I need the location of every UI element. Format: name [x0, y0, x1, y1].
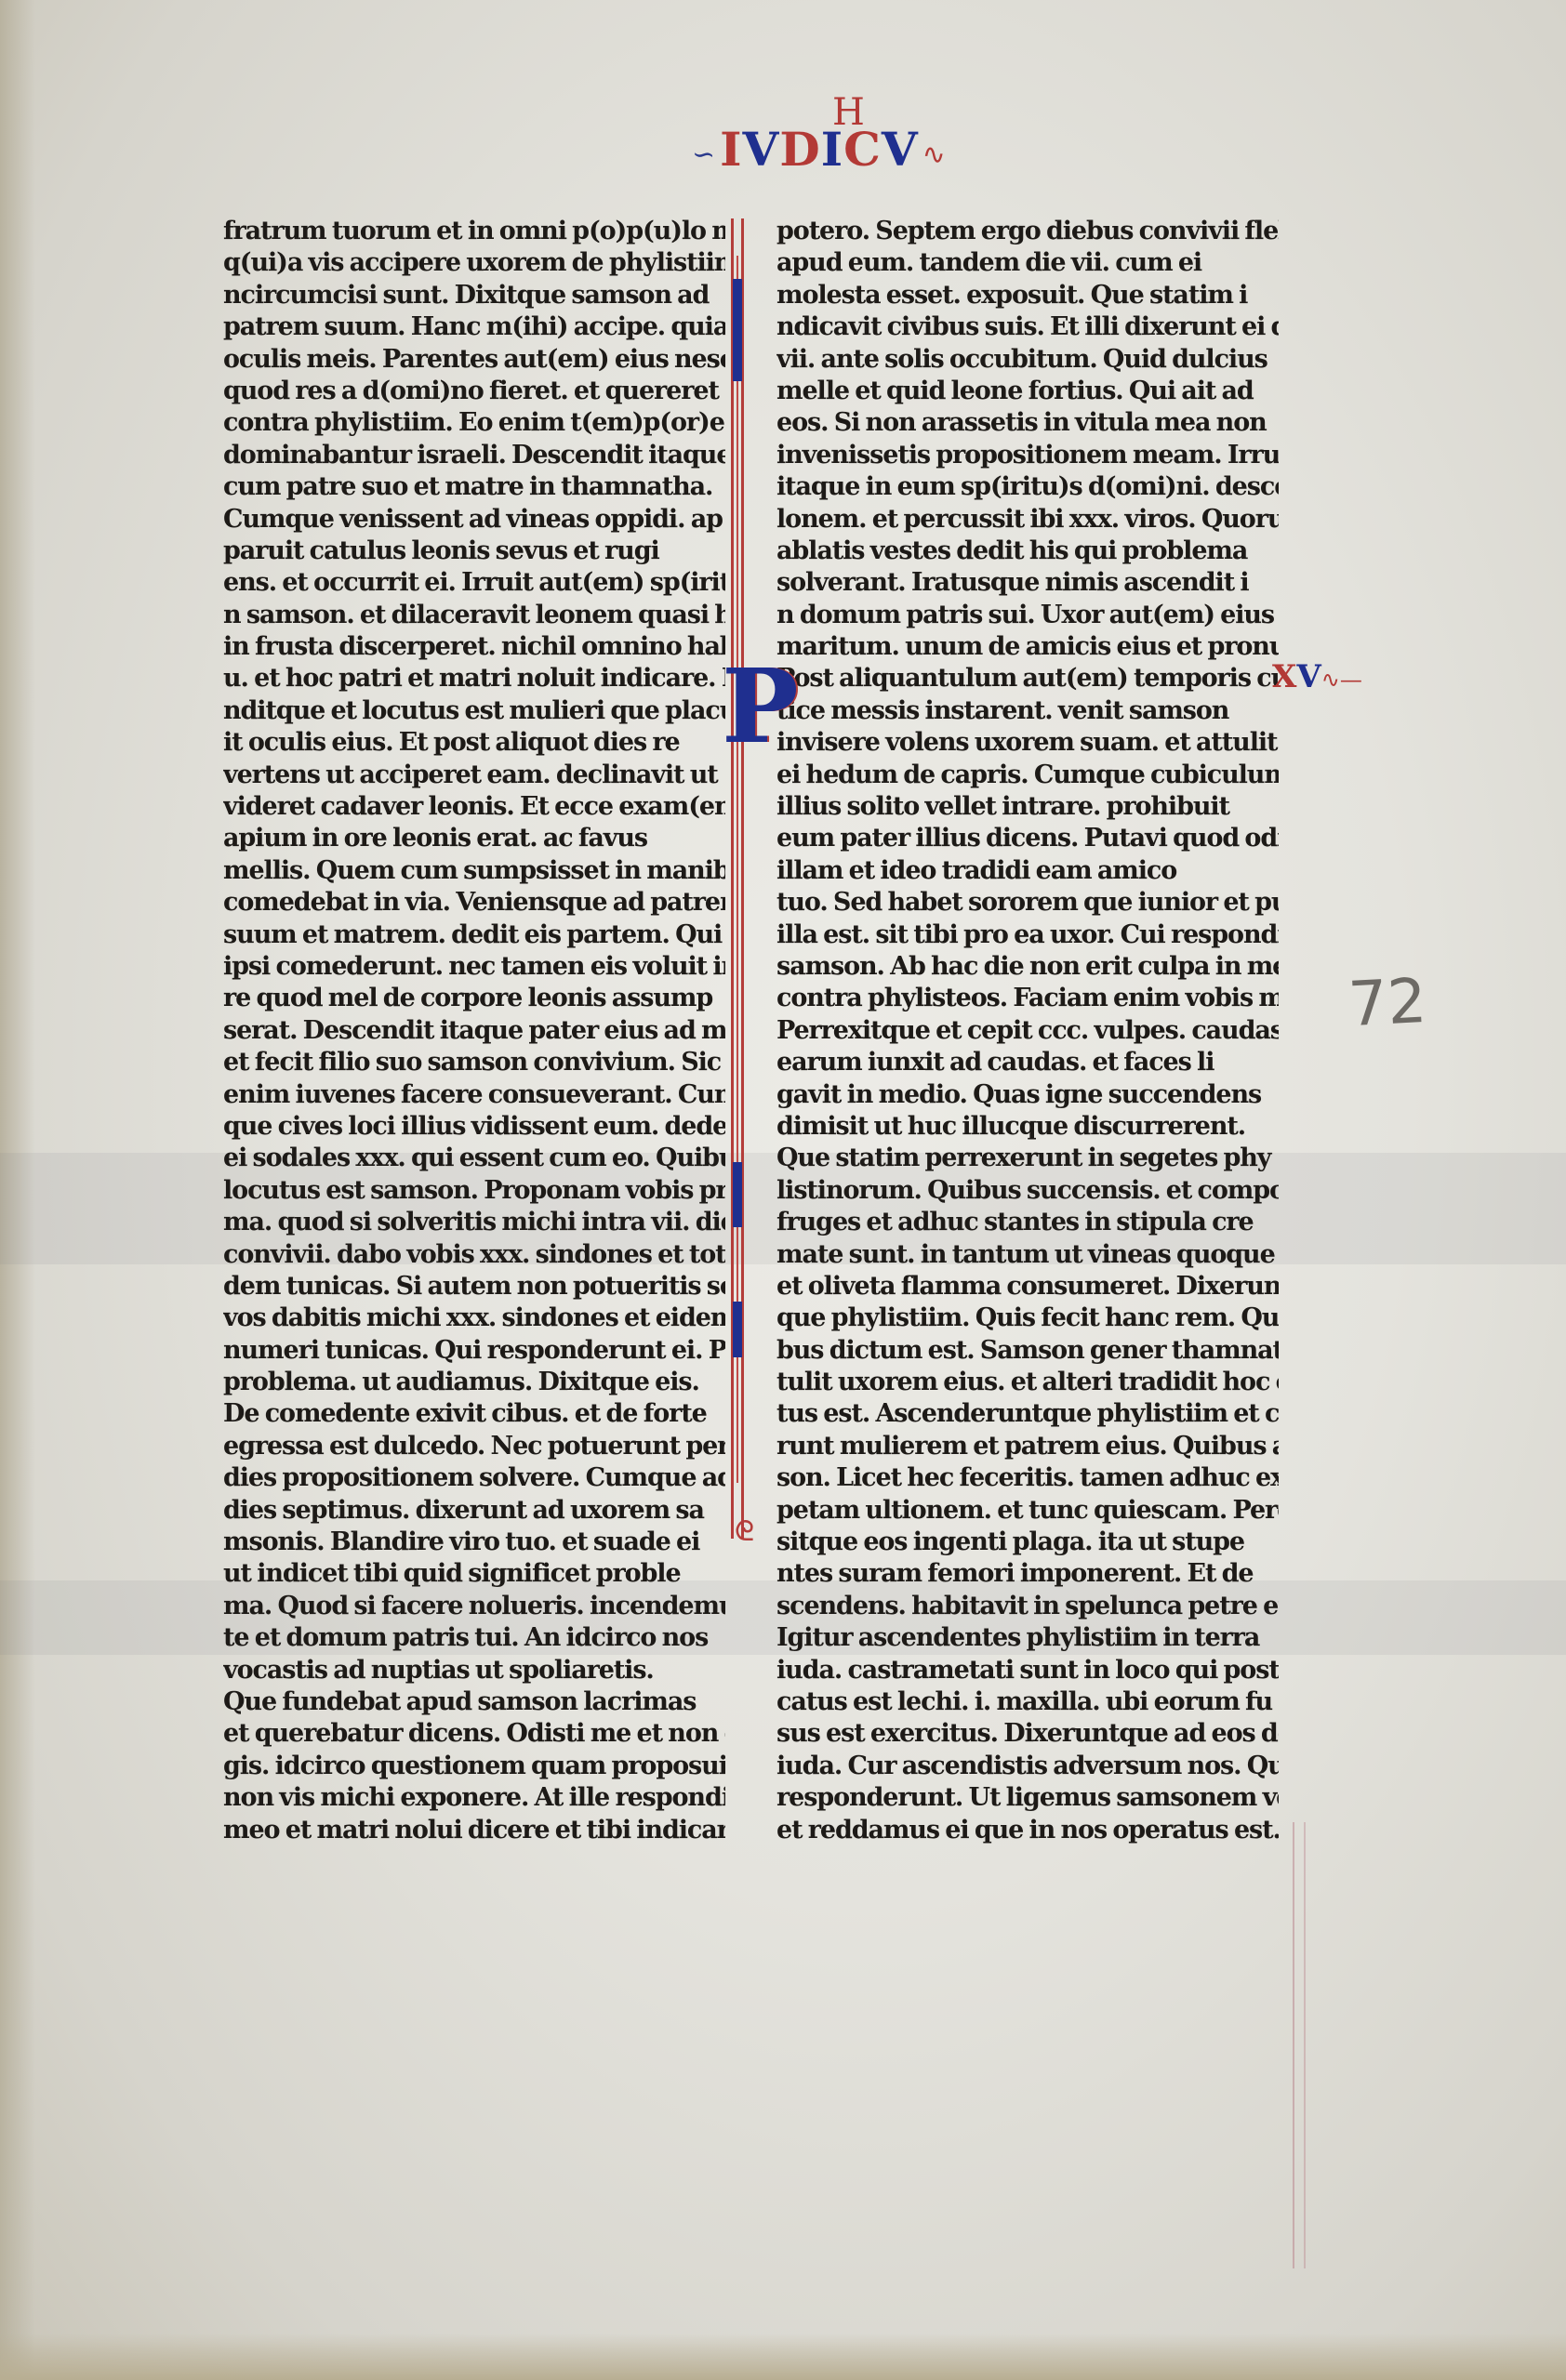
text-line: molesta esset. exposuit. Que statim i: [776, 280, 1279, 311]
text-line: it oculis eius. Et post aliquot dies re: [223, 727, 725, 759]
text-line: ma. quod si solveritis michi intra vii. …: [223, 1207, 725, 1238]
text-line: locutus est samson. Proponam vobis probl…: [223, 1175, 725, 1207]
text-line: re quod mel de corpore leonis assump: [223, 983, 725, 1014]
text-line: quod res a d(omi)no fieret. et quereret …: [223, 376, 725, 407]
text-line: tuo. Sed habet sororem que iunior et pul…: [776, 887, 1279, 919]
text-line: tulit uxorem eius. et alteri tradidit ho…: [776, 1367, 1279, 1398]
running-title-letter: V: [743, 122, 780, 177]
text-line: fruges et adhuc stantes in stipula cre: [776, 1207, 1279, 1238]
folio-number: 72: [1347, 965, 1428, 1040]
running-title-letter: D: [779, 122, 820, 177]
text-line: scendens. habitavit in spelunca petre et…: [776, 1591, 1279, 1622]
text-line: et reddamus ei que in nos operatus est. …: [776, 1815, 1279, 1846]
text-line: contra phylisteos. Faciam enim vobis mal…: [776, 983, 1279, 1014]
text-line: iuda. Cur ascendistis adversum nos. Qui: [776, 1751, 1279, 1782]
text-line: melle et quid leone fortius. Qui ait ad: [776, 376, 1279, 407]
text-line: son. Licet hec feceritis. tamen adhuc ex…: [776, 1462, 1279, 1494]
text-line: ut indicet tibi quid significet proble: [223, 1558, 725, 1590]
text-line: ei sodales xxx. qui essent cum eo. Quibu…: [223, 1143, 725, 1174]
text-line: patrem suum. Hanc m(ihi) accipe. quia pl…: [223, 311, 725, 343]
text-line: in frusta discerperet. nichil omnino hab…: [223, 631, 725, 663]
text-line: maritum. unum de amicis eius et pronubis…: [776, 631, 1279, 663]
text-line: mellis. Quem cum sumpsisset in manibus: [223, 855, 725, 887]
text-line: Igitur ascendentes phylistiim in terra: [776, 1622, 1279, 1654]
text-line: petam ultionem. et tunc quiescam. Percus: [776, 1495, 1279, 1527]
penwork-flourish-icon: ∿—: [1321, 667, 1362, 693]
text-line: earum iunxit ad caudas. et faces li: [776, 1047, 1279, 1078]
text-line: runt mulierem et patrem eius. Quibus ait…: [776, 1431, 1279, 1462]
text-line: invenissetis propositionem meam. Irruit: [776, 440, 1279, 471]
border-finial-icon: ᘓ: [735, 1515, 754, 1548]
text-line: ei hedum de capris. Cumque cubiculum: [776, 760, 1279, 791]
bleed-through-penwork: [1293, 1822, 1306, 2268]
text-line: et fecit filio suo samson convivium. Sic: [223, 1047, 725, 1078]
text-line: vertens ut acciperet eam. declinavit ut: [223, 760, 725, 791]
border-blue-segment: [733, 279, 742, 381]
text-line: paruit catulus leonis sevus et rugi: [223, 535, 725, 567]
text-line: n samson. et dilaceravit leonem quasi he…: [223, 600, 725, 631]
text-line: Que fundebat apud samson lacrimas: [223, 1686, 725, 1718]
text-line: meo et matri nolui dicere et tibi indica…: [223, 1815, 725, 1846]
text-line: responderunt. Ut ligemus samsonem venimu…: [776, 1782, 1279, 1814]
border-inner-line: [737, 256, 738, 1483]
text-line: enim iuvenes facere consueverant. Cum: [223, 1079, 725, 1111]
decorated-initial: P: [722, 662, 787, 751]
right-text-column: potero. Septem ergo diebus convivii fleb…: [776, 216, 1279, 1846]
penwork-flourish-icon: ∿: [922, 139, 947, 171]
text-line: ntes suram femori imponerent. Et de: [776, 1558, 1279, 1590]
text-line: vii. ante solis occubitum. Quid dulcius: [776, 344, 1279, 376]
text-line: tus est. Ascenderuntque phylistiim et co…: [776, 1398, 1279, 1430]
text-line: videret cadaver leonis. Et ecce exam(en): [223, 791, 725, 823]
text-line: gis. idcirco questionem quam proposuisti…: [223, 1751, 725, 1782]
text-line: egressa est dulcedo. Nec potuerunt per t…: [223, 1431, 725, 1462]
running-title-letter: V: [882, 122, 919, 177]
text-line: q(ui)a vis accipere uxorem de phylistiim…: [223, 247, 725, 279]
text-line: ma. Quod si facere nolueris. incendemus: [223, 1591, 725, 1622]
text-line: sitque eos ingenti plaga. ita ut stupe: [776, 1527, 1279, 1558]
left-text-column: fratrum tuorum et in omni p(o)p(u)lo meo…: [223, 216, 725, 1846]
text-line: dem tunicas. Si autem non potueritis sol…: [223, 1271, 725, 1302]
text-line: itaque in eum sp(iritu)s d(omi)ni. desce…: [776, 471, 1279, 503]
text-line: dies septimus. dixerunt ad uxorem sa: [223, 1495, 725, 1527]
text-line: te et domum patris tui. An idcirco nos: [223, 1622, 725, 1654]
text-line: n domum patris sui. Uxor aut(em) eius ac…: [776, 600, 1279, 631]
border-blue-segment: [733, 1302, 742, 1357]
text-line: que cives loci illius vidissent eum. ded…: [223, 1111, 725, 1143]
text-line: u. et hoc patri et matri noluit indicare…: [223, 663, 725, 694]
text-line: eum pater illius dicens. Putavi quod odi…: [776, 823, 1279, 854]
border-blue-segment: [733, 1162, 742, 1227]
chapter-number: XV∿—: [1272, 658, 1362, 695]
text-line: catus est lechi. i. maxilla. ubi eorum f…: [776, 1686, 1279, 1718]
running-title-letter: I: [720, 122, 742, 177]
text-line: Cumque venissent ad vineas oppidi. ap: [223, 504, 725, 535]
text-line: eos. Si non arassetis in vitula mea non: [776, 407, 1279, 439]
penwork-flourish-icon: ∽: [692, 139, 716, 171]
text-line: serat. Descendit itaque pater eius ad mu…: [223, 1015, 725, 1047]
text-line: ens. et occurrit ei. Irruit aut(em) sp(i…: [223, 567, 725, 599]
manuscript-leaf: ∽ I V D I C V ∿ H fratrum tuorum et in o…: [0, 0, 1566, 2380]
text-line: Perrexitque et cepit ccc. vulpes. caudas…: [776, 1015, 1279, 1047]
text-line: potero. Septem ergo diebus convivii fleb…: [776, 216, 1279, 247]
text-line: ncircumcisi sunt. Dixitque samson ad: [223, 280, 725, 311]
text-line: iuda. castrametati sunt in loco qui post…: [776, 1655, 1279, 1686]
text-line: numeri tunicas. Qui responderunt ei. Pro…: [223, 1335, 725, 1367]
text-line: dies propositionem solvere. Cumque adess…: [223, 1462, 725, 1494]
text-line: Post aliquantulum aut(em) temporis cum d…: [776, 663, 1279, 694]
text-line: ipsi comederunt. nec tamen eis voluit in…: [223, 951, 725, 983]
text-line: listinorum. Quibus succensis. et comport…: [776, 1175, 1279, 1207]
text-line: illius solito vellet intrare. prohibuit: [776, 791, 1279, 823]
text-line: que phylistiim. Quis fecit hanc rem. Qui: [776, 1302, 1279, 1334]
text-line: dominabantur israeli. Descendit itaque s…: [223, 440, 725, 471]
text-line: problema. ut audiamus. Dixitque eis.: [223, 1367, 725, 1398]
text-line: convivii. dabo vobis xxx. sindones et to…: [223, 1239, 725, 1271]
running-title-mark: H: [832, 91, 866, 134]
text-line: oculis meis. Parentes aut(em) eius nesci…: [223, 344, 725, 376]
text-line: gavit in medio. Quas igne succendens: [776, 1079, 1279, 1111]
text-line: Que statim perrexerunt in segetes phy: [776, 1143, 1279, 1174]
text-line: contra phylistiim. Eo enim t(em)p(or)e p…: [223, 407, 725, 439]
text-line: sus est exercitus. Dixeruntque ad eos de…: [776, 1718, 1279, 1750]
text-line: tice messis instarent. venit samson: [776, 695, 1279, 727]
text-line: lonem. et percussit ibi xxx. viros. Quor…: [776, 504, 1279, 535]
text-line: et oliveta flamma consumeret. Dixerunt: [776, 1271, 1279, 1302]
text-line: comedebat in via. Veniensque ad patrem: [223, 887, 725, 919]
text-line: vos dabitis michi xxx. sindones et eidem: [223, 1302, 725, 1334]
text-line: invisere volens uxorem suam. et attulit: [776, 727, 1279, 759]
text-line: ablatis vestes dedit his qui problema: [776, 535, 1279, 567]
text-line: De comedente exivit cibus. et de forte: [223, 1398, 725, 1430]
text-line: vocastis ad nuptias ut spoliaretis.: [223, 1655, 725, 1686]
text-line: mate sunt. in tantum ut vineas quoque: [776, 1239, 1279, 1271]
text-line: msonis. Blandire viro tuo. et suade ei: [223, 1527, 725, 1558]
text-line: apud eum. tandem die vii. cum ei: [776, 247, 1279, 279]
text-line: bus dictum est. Samson gener thamnathei.…: [776, 1335, 1279, 1367]
text-line: fratrum tuorum et in omni p(o)p(u)lo meo…: [223, 216, 725, 247]
text-line: samson. Ab hac die non erit culpa in me: [776, 951, 1279, 983]
text-line: cum patre suo et matre in thamnatha.: [223, 471, 725, 503]
text-line: nditque et locutus est mulieri que placu: [223, 695, 725, 727]
running-title: ∽ I V D I C V ∿ H: [688, 102, 950, 177]
text-line: solverant. Iratusque nimis ascendit i: [776, 567, 1279, 599]
text-line: et querebatur dicens. Odisti me et non d…: [223, 1718, 725, 1750]
chapter-numeral-v: V: [1296, 658, 1320, 695]
text-line: illam et ideo tradidi eam amico: [776, 855, 1279, 887]
text-line: apium in ore leonis erat. ac favus: [223, 823, 725, 854]
text-line: non vis michi exponere. At ille respondi…: [223, 1782, 725, 1814]
text-line: illa est. sit tibi pro ea uxor. Cui resp…: [776, 919, 1279, 951]
text-line: suum et matrem. dedit eis partem. Qui et: [223, 919, 725, 951]
chapter-numeral-x: X: [1272, 658, 1296, 695]
text-line: dimisit ut huc illucque discurrerent.: [776, 1111, 1279, 1143]
text-line: ndicavit civibus suis. Et illi dixerunt …: [776, 311, 1279, 343]
